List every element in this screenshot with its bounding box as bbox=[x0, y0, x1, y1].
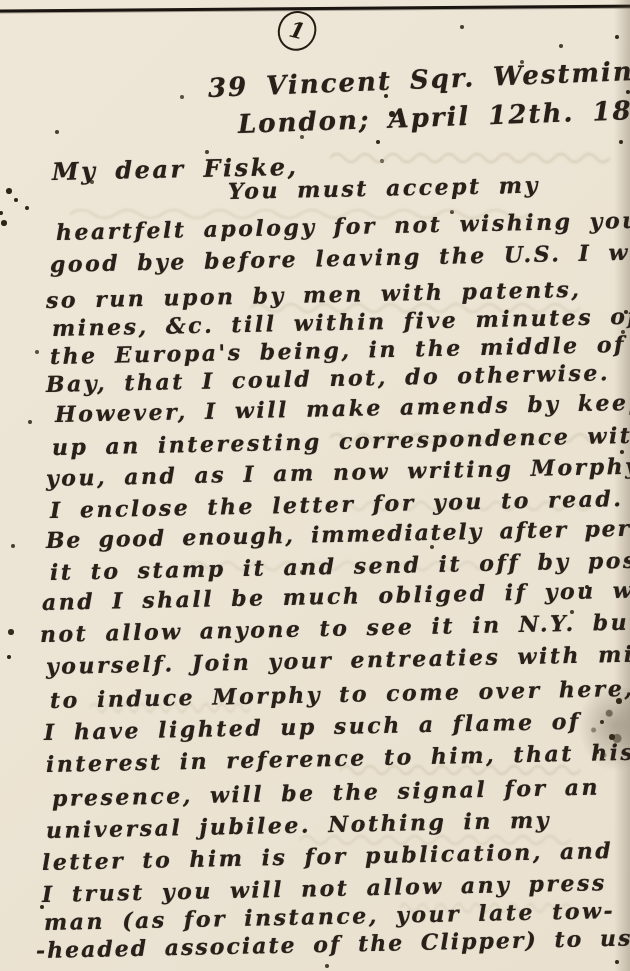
page-number: 1 bbox=[286, 17, 307, 46]
page-number-badge: 1 bbox=[274, 7, 321, 55]
bleed-through-squiggle bbox=[330, 150, 610, 166]
body-line: you, and as I am now writing Morphy, bbox=[46, 455, 630, 490]
scan-edge-artifact bbox=[0, 4, 630, 12]
body-line: letter to him is for publication, and bbox=[42, 840, 614, 874]
body-line: You must accept my bbox=[228, 174, 540, 203]
ink-speckles bbox=[0, 0, 2, 2]
body-line: not allow anyone to see it in N.Y. but bbox=[40, 611, 630, 646]
body-line: presence, will be the signal for an bbox=[52, 777, 600, 810]
body-line: good bye before leaving the U.S. I was bbox=[50, 241, 630, 276]
date-line: London; April 12th. 1858. bbox=[238, 96, 630, 138]
letter-page: 1 39 Vincent Sqr. Westminster London; Ap… bbox=[0, 0, 630, 971]
body-line: yourself. Join your entreaties with mine bbox=[46, 643, 630, 678]
body-line: to induce Morphy to come over here, for bbox=[50, 676, 630, 712]
body-line: up an interesting correspondence with bbox=[52, 424, 630, 459]
address-line: 39 Vincent Sqr. Westminster bbox=[207, 56, 630, 102]
